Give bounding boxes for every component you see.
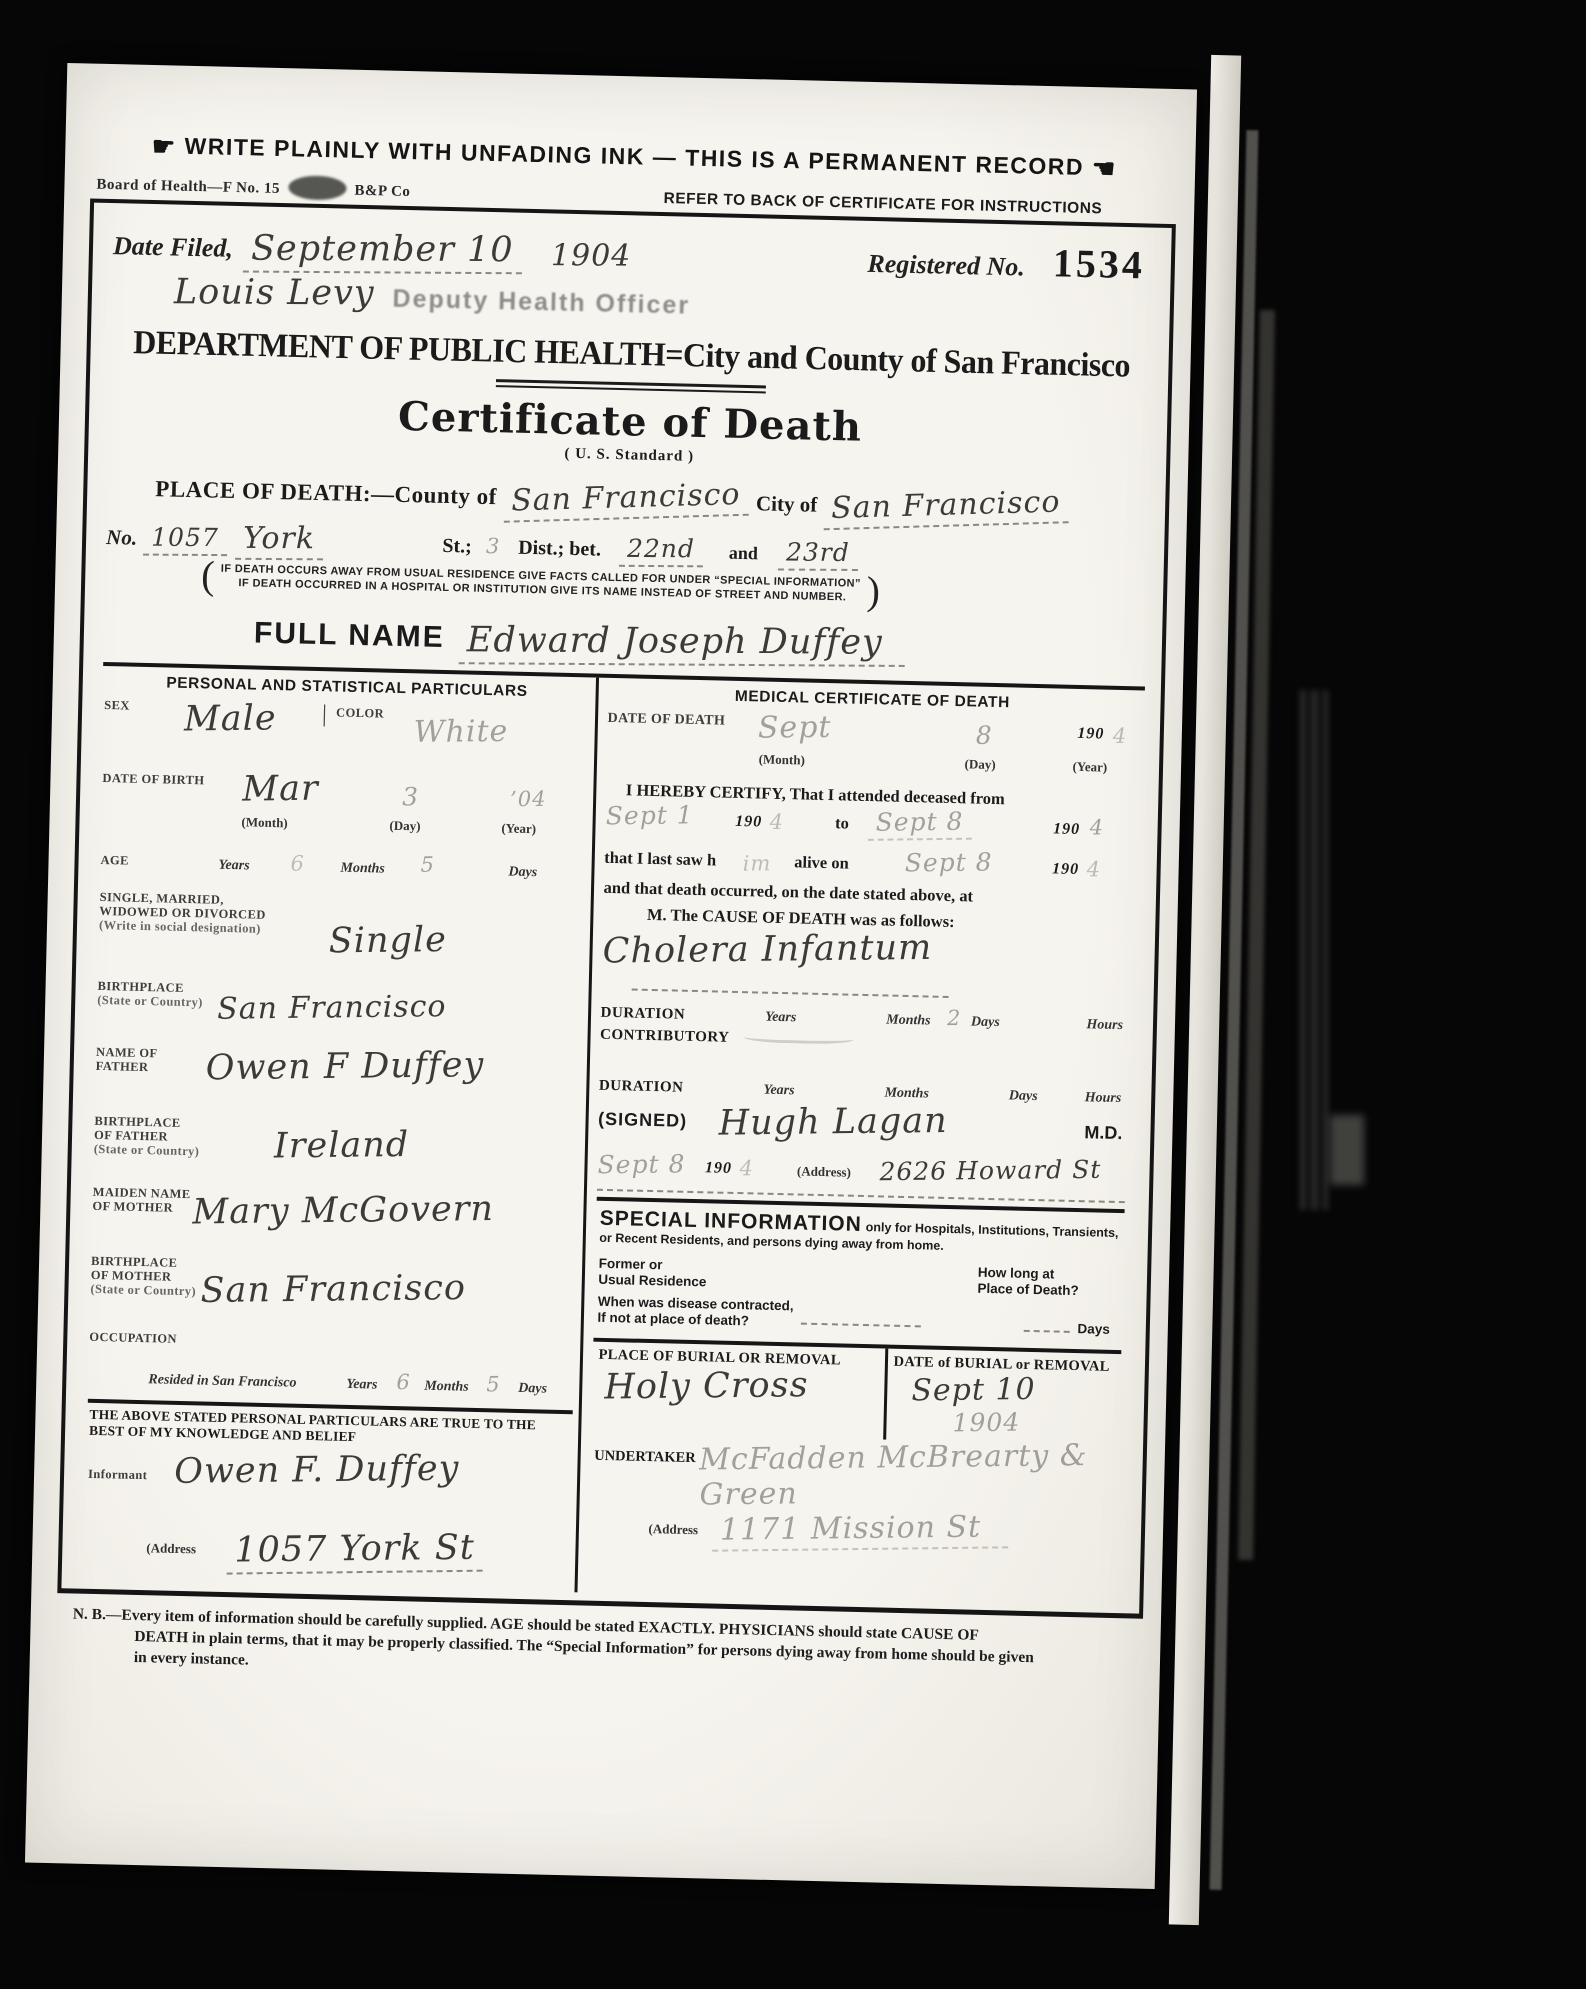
sex-value: Male — [184, 698, 277, 739]
resided-years-label: Years — [346, 1377, 377, 1394]
district-value: 3 — [486, 534, 501, 558]
certificate-page: ☛ WRITE PLAINLY WITH UNFADING INK — THIS… — [25, 63, 1197, 1889]
title-divider — [496, 379, 766, 393]
duration2-label: DURATION — [599, 1078, 684, 1097]
ink-stamp-mark — [288, 175, 347, 200]
birthplace-value: San Francisco — [217, 989, 447, 1027]
no-label: No. — [106, 525, 138, 551]
contracted-blank-rule — [801, 1321, 921, 1328]
resided-days-label: Days — [518, 1381, 547, 1398]
color-value: White — [414, 714, 509, 750]
physician-signature: Hugh Lagan — [718, 1101, 948, 1144]
cause-of-death-value: Cholera Infantum — [602, 928, 932, 972]
death-day-caption: (Day) — [964, 756, 995, 773]
between-street-2: 23rd — [778, 538, 858, 571]
undertaker-address-value: 1171 Mission St — [712, 1509, 1008, 1551]
age-months-value: 5 — [420, 852, 435, 876]
father-birthplace-value: Ireland — [274, 1125, 410, 1167]
to-label: to — [835, 813, 849, 833]
undertaker-label: UNDERTAKER — [594, 1448, 696, 1467]
form-number-line: Board of Health—F No. 15 B&P Co — [96, 171, 410, 202]
marital-label-3: (Write in social designation) — [99, 918, 266, 936]
date-of-birth-label: DATE OF BIRTH — [102, 771, 204, 787]
physician-address-value: 2626 Howard St — [879, 1155, 1101, 1187]
age-months-label: Months — [340, 860, 385, 877]
contributory-illegible-mark — [743, 1029, 853, 1045]
birth-year-value: ’04 — [510, 787, 547, 811]
last-saw-year-printed: 190 — [1052, 860, 1079, 879]
contributory-label: CONTRIBUTORY — [600, 1027, 730, 1047]
between-street-1: 22nd — [619, 534, 703, 568]
father-birthplace-label-3: (State or Country) — [94, 1142, 200, 1158]
month-caption: (Month) — [241, 815, 288, 832]
officer-title-stamp: Deputy Health Officer — [392, 285, 690, 320]
book-page-edge-marks — [1300, 690, 1328, 1210]
mother-birthplace-value: San Francisco — [200, 1269, 466, 1312]
undertaker-value: McFadden McBrearty & Green — [699, 1438, 1115, 1513]
date-of-burial-value: Sept 10 — [911, 1372, 1036, 1408]
date-filed-value: September 10 — [243, 229, 522, 275]
informant-label: Informant — [88, 1467, 147, 1482]
how-long-label-2: Place of Death? — [977, 1281, 1079, 1299]
county-value: San Francisco — [502, 477, 748, 523]
birthplace-label-2: (State or Country) — [97, 993, 203, 1009]
occupation-label: OCCUPATION — [89, 1330, 177, 1346]
duration2-months-label: Months — [884, 1085, 929, 1102]
last-saw-year-value: 4 — [1086, 857, 1101, 881]
burial-year-value: 1904 — [952, 1408, 1020, 1438]
age-days-label: Days — [508, 864, 537, 881]
signed-year-value: 4 — [739, 1156, 754, 1180]
close-paren: ) — [866, 576, 880, 606]
mother-name-label-2: OF MOTHER — [92, 1199, 190, 1215]
informant-address-label: (Address — [146, 1540, 196, 1557]
mother-name-value: Mary McGovern — [192, 1189, 494, 1232]
physician-address-label: (Address) — [797, 1163, 851, 1180]
year-caption: (Year) — [501, 821, 536, 838]
place-of-death-label: PLACE OF DEATH:—County of — [155, 476, 497, 510]
city-value: San Francisco — [823, 484, 1069, 530]
signed-label: (SIGNED) — [598, 1109, 687, 1132]
full-name-value: Edward Joseph Duffey — [458, 620, 904, 667]
resided-months-label: Months — [424, 1379, 469, 1396]
death-month-caption: (Month) — [758, 751, 805, 768]
death-month-value: Sept — [757, 710, 831, 746]
special-information-section: SPECIAL INFORMATION only for Hospitals, … — [593, 1197, 1124, 1342]
death-year-caption: (Year) — [1072, 759, 1107, 776]
pointing-hand-right-icon: ☛ — [152, 131, 178, 162]
md-label: M.D. — [1084, 1122, 1122, 1144]
resided-label: Resided in San Francisco — [148, 1373, 297, 1392]
attended-to-date: Sept 8 — [867, 807, 971, 841]
medical-certificate-column: MEDICAL CERTIFICATE OF DEATH DATE OF DEA… — [574, 678, 1145, 1606]
street-label: St.; — [442, 535, 472, 559]
death-year-printed: 190 — [1077, 725, 1104, 744]
sex-label: SEX — [104, 698, 130, 713]
duration2-years-label: Years — [763, 1083, 794, 1100]
department-title: DEPARTMENT OF PUBLIC HEALTH=City and Cou… — [110, 322, 1153, 385]
age-years-label: Years — [218, 857, 249, 874]
last-saw-date: Sept 8 — [904, 847, 992, 877]
attended-from-date: Sept 1 — [605, 800, 693, 830]
duration2-days-label: Days — [1009, 1088, 1038, 1105]
health-officer-signature: Louis Levy — [174, 272, 375, 313]
color-label: COLOR — [336, 705, 384, 720]
resided-months-value: 5 — [486, 1373, 501, 1397]
duration-label: DURATION — [600, 1005, 685, 1024]
date-filed-label: Date Filed, — [113, 231, 234, 264]
informant-value: Owen F. Duffey — [174, 1449, 460, 1492]
duration-days-label: Days — [971, 1014, 1000, 1031]
printer-label: B&P Co — [354, 183, 410, 200]
burial-section: PLACE OF BURIAL OR REMOVAL Holy Cross DA… — [588, 1338, 1121, 1556]
certificate-box: Date Filed, September 10 1904 Registered… — [57, 199, 1176, 1619]
marital-value: Single — [329, 920, 447, 961]
former-residence-label-2: Usual Residence — [598, 1272, 706, 1291]
personal-particulars-column: PERSONAL AND STATISTICAL PARTICULARS SEX… — [82, 666, 596, 1592]
death-day-value: 8 — [975, 721, 992, 750]
last-saw-pre: that I last saw h — [604, 848, 716, 871]
resided-years-value: 6 — [396, 1370, 411, 1394]
birth-month-value: Mar — [242, 769, 319, 810]
and-label: and — [729, 543, 759, 565]
duration-months-label: Months — [886, 1012, 931, 1029]
nb-footnote: N. B.—Every item of information should b… — [72, 1604, 1035, 1690]
date-filed-year: 1904 — [551, 238, 632, 273]
duration2-hours-label: Hours — [1084, 1090, 1121, 1107]
father-name-label-1: NAME OF — [96, 1044, 158, 1059]
from-year-printed: 190 — [735, 813, 762, 832]
mother-birthplace-label-3: (State or Country) — [90, 1282, 196, 1298]
district-label: Dist.; bet. — [518, 537, 601, 562]
informant-address-value: 1057 York St — [226, 1528, 483, 1575]
registered-no-value: 1534 — [1052, 239, 1145, 288]
signed-date: Sept 8 — [597, 1149, 685, 1179]
pointing-hand-left-icon: ☚ — [1092, 153, 1118, 184]
from-year-value: 4 — [769, 810, 784, 834]
undertaker-address-label: (Address — [648, 1521, 698, 1538]
board-of-health-label: Board of Health—F No. 15 — [96, 177, 280, 197]
day-caption: (Day) — [389, 818, 420, 835]
days-label: Days — [1023, 1320, 1110, 1338]
open-paren: ( — [201, 560, 215, 590]
to-year-value: 4 — [1089, 815, 1104, 839]
full-name-label: FULL NAME — [254, 616, 446, 654]
registered-no-label: Registered No. — [867, 249, 1025, 283]
street-name-value: York — [235, 521, 323, 561]
age-years-value: 6 — [290, 851, 305, 875]
father-name-value: Owen F Duffey — [206, 1045, 485, 1088]
banner-text: WRITE PLAINLY WITH UNFADING INK — THIS I… — [184, 133, 1084, 180]
house-number-value: 1057 — [143, 523, 227, 557]
father-name-label-2: FATHER — [96, 1058, 158, 1073]
attestation-section: THE ABOVE STATED PERSONAL PARTICULARS AR… — [84, 1399, 573, 1592]
book-page-edge-smudge — [1330, 1115, 1364, 1185]
date-of-death-label: DATE OF DEATH — [607, 712, 725, 729]
birth-day-value: 3 — [402, 782, 419, 811]
death-year-value: 4 — [1112, 724, 1127, 748]
age-label: AGE — [100, 852, 129, 867]
duration-value: 2 — [947, 1006, 962, 1030]
signed-year-printed: 190 — [705, 1159, 732, 1178]
last-saw-him: im — [742, 851, 771, 875]
to-year-printed: 190 — [1053, 820, 1080, 839]
last-saw-post: alive on — [794, 852, 849, 873]
city-label: City of — [756, 491, 818, 517]
place-of-burial-value: Holy Cross — [604, 1365, 809, 1407]
duration-years-label: Years — [765, 1010, 796, 1027]
duration-hours-label: Hours — [1086, 1017, 1123, 1034]
